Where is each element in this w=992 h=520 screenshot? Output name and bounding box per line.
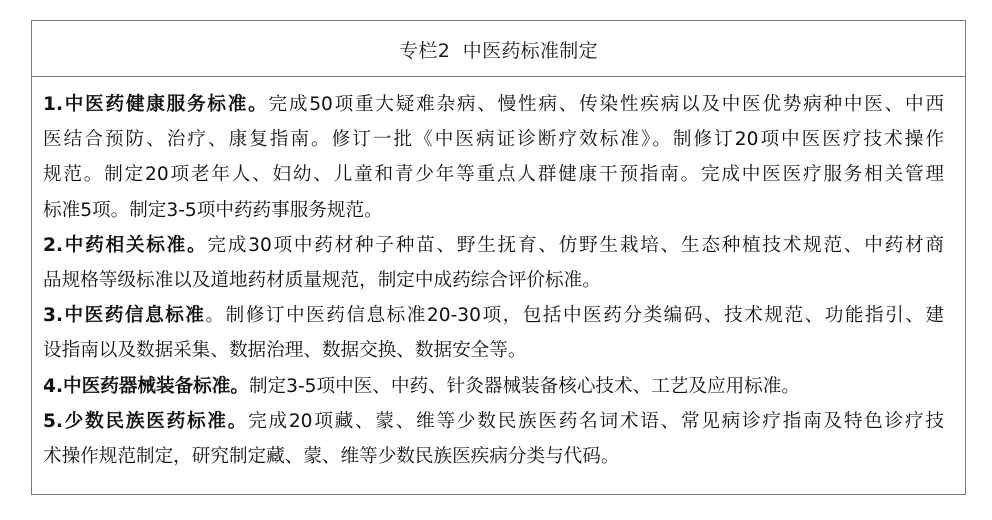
item-heading: 5.少数民族医药标准。 xyxy=(43,411,248,432)
box-title: 专栏2 中医药标准制定 xyxy=(399,36,598,63)
item-heading: 2.中药相关标准。 xyxy=(43,235,207,256)
item-text: 完成30项中药材种子种苗、野生抚育、仿野生栽培、生态种植技术规范、中药材商 xyxy=(207,235,944,256)
box-header: 专栏2 中医药标准制定 xyxy=(32,21,965,77)
item-heading: 4.中医药器械装备标准。 xyxy=(43,376,249,397)
item-text: 。制修订中医药信息标准20-30项，包括中医药分类编码、技术规范、功能指引、建 xyxy=(205,305,944,326)
column-box: 专栏2 中医药标准制定 1.中医药健康服务标准。完成50项重大疑难杂病、慢性病、… xyxy=(31,20,966,495)
item-heading: 3.中医药信息标准 xyxy=(43,305,205,326)
item-line: 规范。制定20项老年人、妇幼、儿童和青少年等重点人群健康干预指南。完成中医医疗服… xyxy=(43,157,944,192)
item-text: 完成50项重大疑难杂病、慢性病、传染性疾病以及中医优势病种中医、中西 xyxy=(268,94,944,115)
item-line: 术操作规范制定，研究制定藏、蒙、维等少数民族医疾病分类与代码。 xyxy=(43,439,944,474)
item-line: 标准5项。制定3-5项中药药事服务规范。 xyxy=(43,193,944,228)
item-line: 医结合预防、治疗、康复指南。修订一批《中医病证诊断疗效标准》。制修订20项中医医… xyxy=(43,122,944,157)
item-line: 5.少数民族医药标准。完成20项藏、蒙、维等少数民族医药名词术语、常见病诊疗指南… xyxy=(43,404,944,439)
item-line: 4.中医药器械装备标准。制定3-5项中医、中药、针灸器械装备核心技术、工艺及应用… xyxy=(43,369,944,404)
box-body: 1.中医药健康服务标准。完成50项重大疑难杂病、慢性病、传染性疾病以及中医优势病… xyxy=(32,77,965,474)
item-line: 3.中医药信息标准。制修订中医药信息标准20-30项，包括中医药分类编码、技术规… xyxy=(43,298,944,333)
item-line: 2.中药相关标准。完成30项中药材种子种苗、野生抚育、仿野生栽培、生态种植技术规… xyxy=(43,228,944,263)
item-line: 品规格等级标准以及道地药材质量规范，制定中成药综合评价标准。 xyxy=(43,263,944,298)
standard-item-2: 2.中药相关标准。完成30项中药材种子种苗、野生抚育、仿野生栽培、生态种植技术规… xyxy=(43,228,943,298)
standard-item-1: 1.中医药健康服务标准。完成50项重大疑难杂病、慢性病、传染性疾病以及中医优势病… xyxy=(43,87,943,228)
item-heading: 1.中医药健康服务标准。 xyxy=(43,94,268,115)
standard-item-3: 3.中医药信息标准。制修订中医药信息标准20-30项，包括中医药分类编码、技术规… xyxy=(43,298,943,368)
item-text: 制定3-5项中医、中药、针灸器械装备核心技术、工艺及应用标准。 xyxy=(249,376,800,397)
item-line: 设指南以及数据采集、数据治理、数据交换、数据安全等。 xyxy=(43,333,944,368)
standard-item-4: 4.中医药器械装备标准。制定3-5项中医、中药、针灸器械装备核心技术、工艺及应用… xyxy=(43,369,943,404)
standard-item-5: 5.少数民族医药标准。完成20项藏、蒙、维等少数民族医药名词术语、常见病诊疗指南… xyxy=(43,404,943,474)
item-line: 1.中医药健康服务标准。完成50项重大疑难杂病、慢性病、传染性疾病以及中医优势病… xyxy=(43,87,944,122)
item-text: 完成20项藏、蒙、维等少数民族医药名词术语、常见病诊疗指南及特色诊疗技 xyxy=(248,411,944,432)
